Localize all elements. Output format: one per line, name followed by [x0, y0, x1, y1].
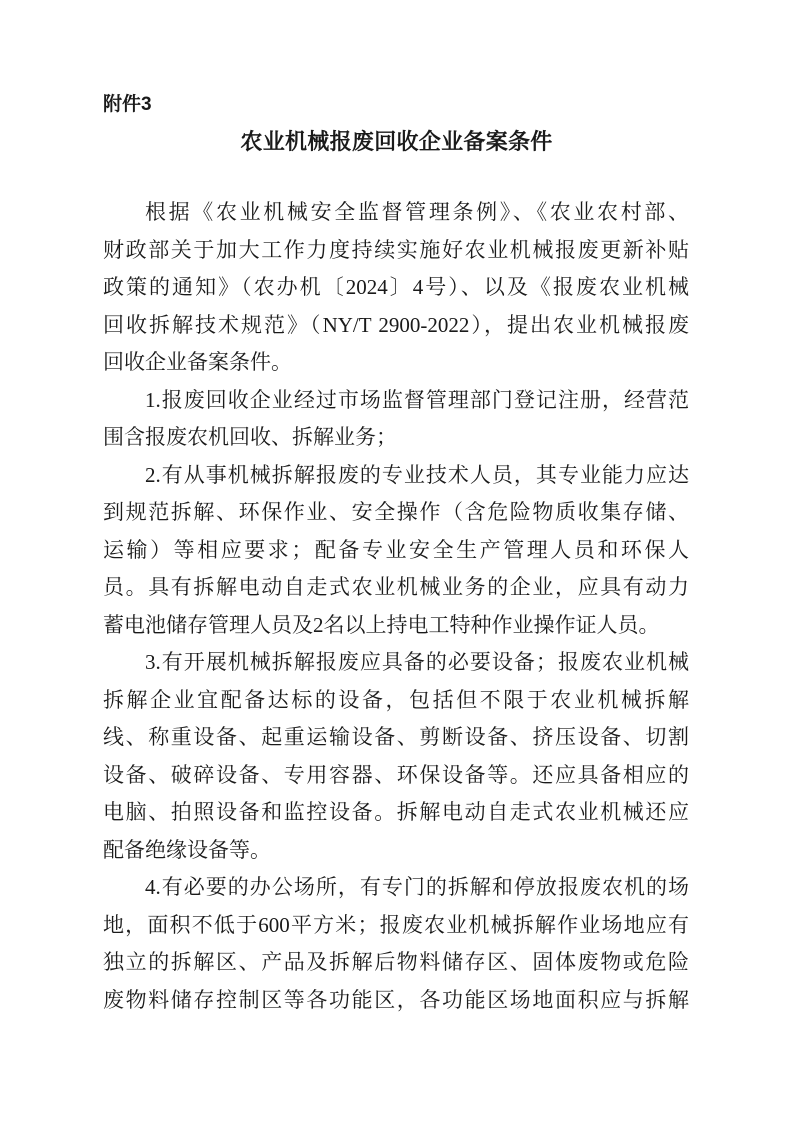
text-line: 回收企业备案条件。 — [103, 344, 689, 382]
text-line: 运输）等相应要求；配备专业安全生产管理人员和环保人 — [103, 532, 689, 570]
text-line: 根据《农业机械安全监督管理条例》、《农业农村部、 — [103, 194, 689, 232]
text-line: 财政部关于加大工作力度持续实施好农业机械报废更新补贴 — [103, 232, 689, 270]
attachment-label: 附件3 — [103, 93, 152, 117]
paragraph-item-3: 3.有开展机械拆解报废应具备的必要设备；报废农业机械 拆解企业宜配备达标的设备，… — [103, 644, 689, 869]
document-page: 附件3 农业机械报废回收企业备案条件 根据《农业机械安全监督管理条例》、《农业农… — [0, 0, 793, 1122]
paragraph-item-4: 4.有必要的办公场所，有专门的拆解和停放报废农机的场 地，面积不低于600平方米… — [103, 869, 689, 1019]
text-line: 到规范拆解、环保作业、安全操作（含危险物质收集存储、 — [103, 494, 689, 532]
text-line: 政策的通知》（农办机〔2024〕4号）、以及《报废农业机械 — [103, 269, 689, 307]
text-line: 3.有开展机械拆解报废应具备的必要设备；报废农业机械 — [103, 644, 689, 682]
text-line: 员。具有拆解电动自走式农业机械业务的企业，应具有动力 — [103, 569, 689, 607]
text-line: 设备、破碎设备、专用容器、环保设备等。还应具备相应的 — [103, 757, 689, 795]
text-line: 独立的拆解区、产品及拆解后物料储存区、固体废物或危险 — [103, 944, 689, 982]
text-line: 配备绝缘设备等。 — [103, 832, 689, 870]
text-line: 1.报废回收企业经过市场监督管理部门登记注册，经营范 — [103, 382, 689, 420]
paragraph-intro: 根据《农业机械安全监督管理条例》、《农业农村部、 财政部关于加大工作力度持续实施… — [103, 194, 689, 382]
document-title: 农业机械报废回收企业备案条件 — [0, 127, 793, 157]
document-body: 根据《农业机械安全监督管理条例》、《农业农村部、 财政部关于加大工作力度持续实施… — [103, 194, 689, 1019]
text-line: 蓄电池储存管理人员及2名以上持电工特种作业操作证人员。 — [103, 607, 689, 645]
text-line: 线、称重设备、起重运输设备、剪断设备、挤压设备、切割 — [103, 719, 689, 757]
text-line: 围含报废农机回收、拆解业务； — [103, 419, 689, 457]
text-line: 回收拆解技术规范》（NY/T 2900-2022），提出农业机械报废 — [103, 307, 689, 345]
text-line: 废物料储存控制区等各功能区，各功能区场地面积应与拆解 — [103, 982, 689, 1020]
paragraph-item-2: 2.有从事机械拆解报废的专业技术人员，其专业能力应达 到规范拆解、环保作业、安全… — [103, 457, 689, 645]
text-line: 拆解企业宜配备达标的设备，包括但不限于农业机械拆解 — [103, 682, 689, 720]
text-line: 电脑、拍照设备和监控设备。拆解电动自走式农业机械还应 — [103, 794, 689, 832]
text-line: 地，面积不低于600平方米；报废农业机械拆解作业场地应有 — [103, 907, 689, 945]
paragraph-item-1: 1.报废回收企业经过市场监督管理部门登记注册，经营范 围含报废农机回收、拆解业务… — [103, 382, 689, 457]
text-line: 4.有必要的办公场所，有专门的拆解和停放报废农机的场 — [103, 869, 689, 907]
text-line: 2.有从事机械拆解报废的专业技术人员，其专业能力应达 — [103, 457, 689, 495]
